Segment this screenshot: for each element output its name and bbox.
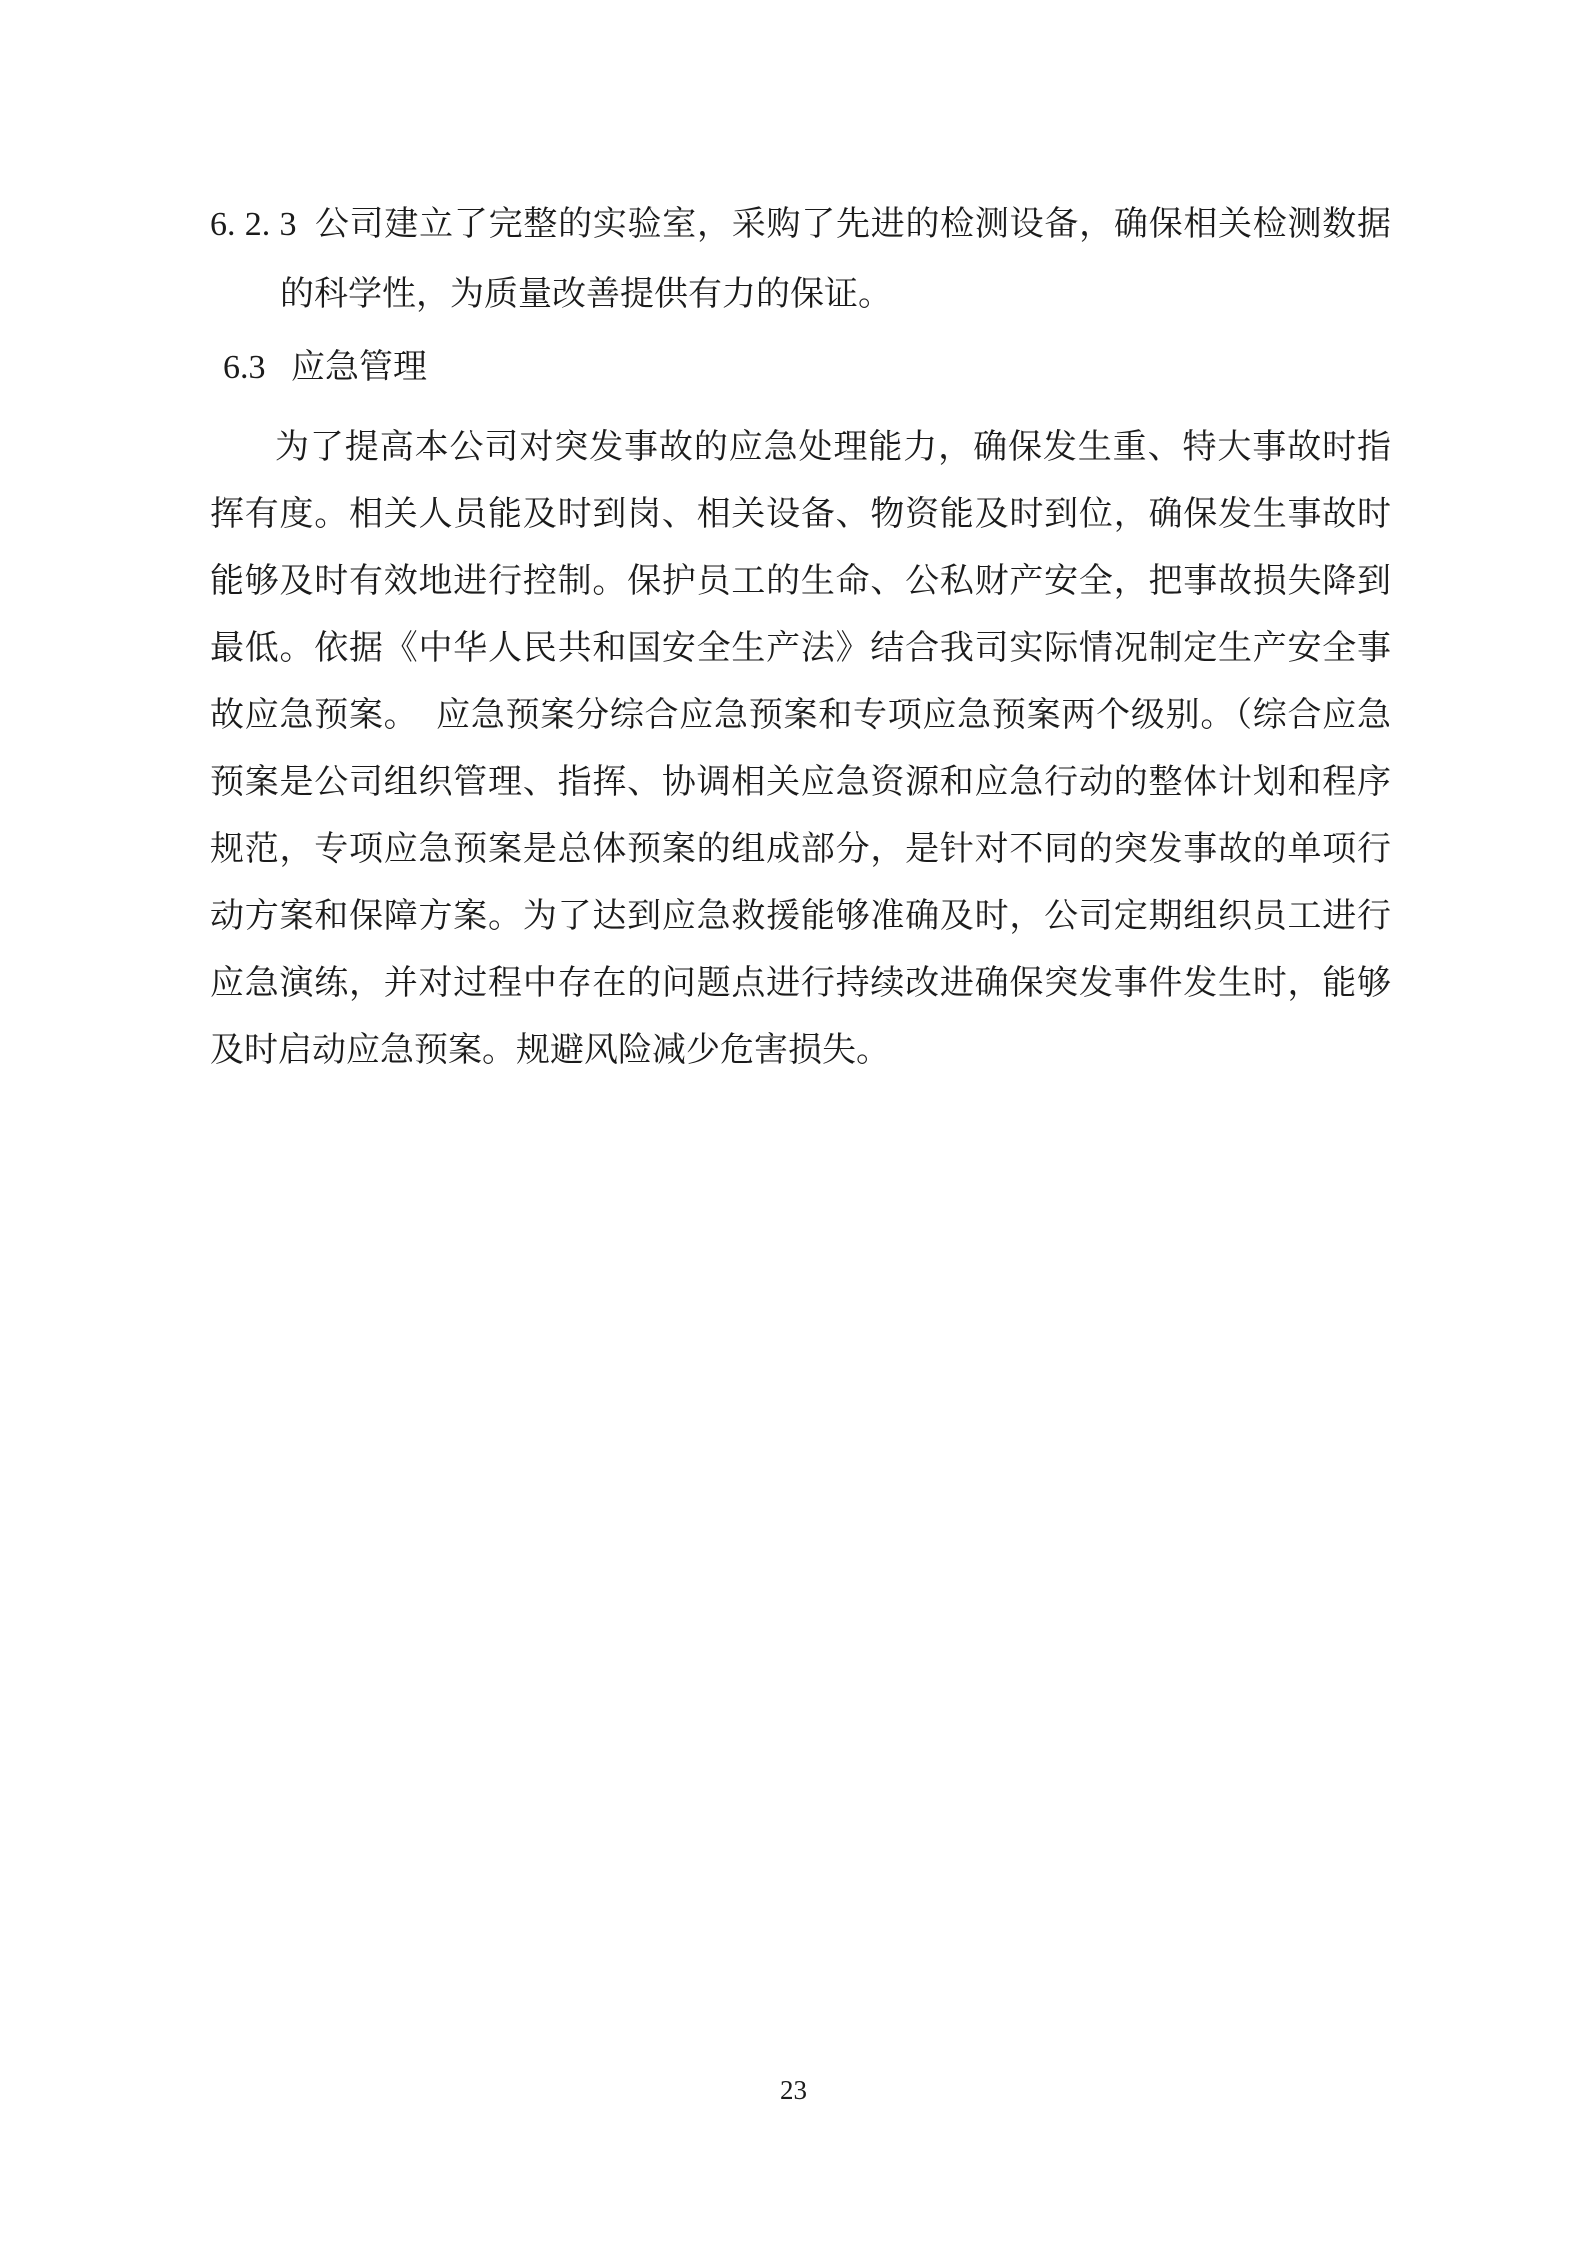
paragraph-line: 应急演练，并对过程中存在的问题点进行持续改进确保突发事件发生时，能够 xyxy=(210,950,1391,1017)
section-heading-6-3: 6.3 应急管理 xyxy=(210,330,1391,406)
paragraph-line: 规范，专项应急预案是总体预案的组成部分，是针对不同的突发事故的单项行 xyxy=(210,816,1391,883)
section-6-2-3-line-2: 的科学性，为质量改善提供有力的保证。 xyxy=(210,260,1391,330)
paragraph-line: 挥有度。相关人员能及时到岗、相关设备、物资能及时到位，确保发生事故时 xyxy=(210,481,1391,548)
paragraph-line: 为了提高本公司对突发事故的应急处理能力，确保发生重、特大事故时指 xyxy=(210,414,1391,481)
document-content: 6. 2. 3 公司建立了完整的实验室，采购了先进的检测设备，确保相关检测数据 … xyxy=(210,190,1391,1084)
page-number: 23 xyxy=(0,2072,1587,2108)
paragraph-line: 故应急预案。 应急预案分综合应急预案和专项应急预案两个级别。（综合应急 xyxy=(210,682,1391,749)
paragraph-line: 及时启动应急预案。规避风险减少危害损失。 xyxy=(210,1017,1391,1084)
paragraph-line: 能够及时有效地进行控制。保护员工的生命、公私财产安全，把事故损失降到 xyxy=(210,548,1391,615)
paragraph-line: 预案是公司组织管理、指挥、协调相关应急资源和应急行动的整体计划和程序 xyxy=(210,749,1391,816)
paragraph-line: 最低。依据《中华人民共和国安全生产法》结合我司实际情况制定生产安全事 xyxy=(210,615,1391,682)
paragraph-line: 动方案和保障方案。为了达到应急救援能够准确及时，公司定期组织员工进行 xyxy=(210,883,1391,950)
emergency-management-paragraph: 为了提高本公司对突发事故的应急处理能力，确保发生重、特大事故时指 挥有度。相关人… xyxy=(210,414,1391,1084)
document-page: 6. 2. 3 公司建立了完整的实验室，采购了先进的检测设备，确保相关检测数据 … xyxy=(0,0,1587,2245)
section-6-2-3-line-1: 6. 2. 3 公司建立了完整的实验室，采购了先进的检测设备，确保相关检测数据 xyxy=(210,190,1391,260)
